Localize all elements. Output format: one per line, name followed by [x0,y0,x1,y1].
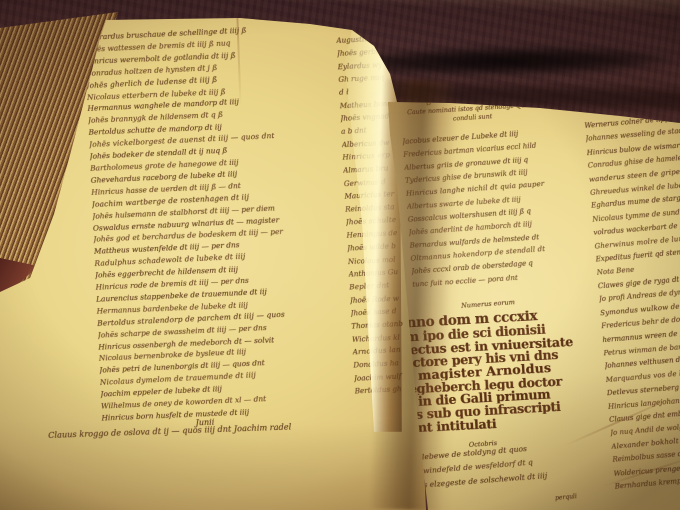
manuscript-photo: Gherardus bruschaue de schellinge dt iii… [0,0,680,510]
right-page-bottom-entries: Nicolay lebewe de stoldyng dt quosNicola… [390,434,631,495]
rector-rubric-block: Anno dom m cccxixdm ipo die sci dionisii… [396,307,598,435]
right-page-column-1: Jacobus elzeuer de Lubeke dt iiijFrederi… [402,123,600,292]
marginal-note: perquli [536,491,596,503]
numerus-note: Numerus eorum [432,296,544,312]
left-page-column-1: Gherardus bruschaue de schellinge dt iii… [84,20,360,424]
